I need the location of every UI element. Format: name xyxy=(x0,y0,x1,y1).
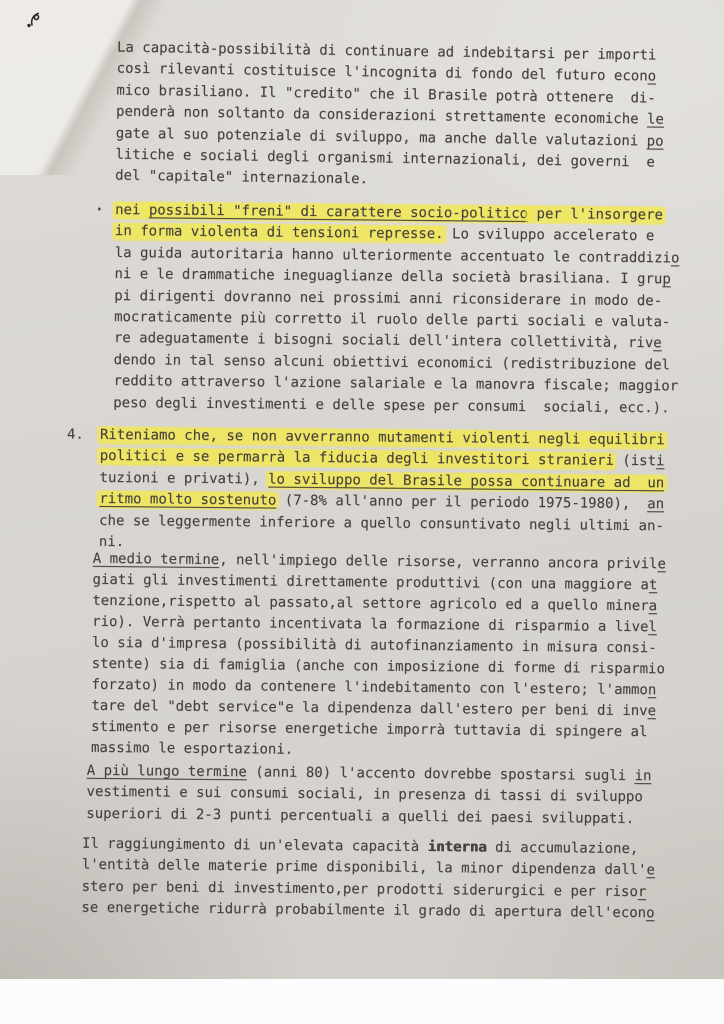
text-segment: pi dirigenti dovranno nei prossimi anni … xyxy=(114,288,662,309)
highlighted-text: ritmo molto sostenuto xyxy=(99,491,276,509)
highlighted-text: nei xyxy=(115,202,149,218)
text-segment: A più lungo termine xyxy=(87,763,247,781)
text-segment: peso degli investimenti e delle spese pe… xyxy=(113,395,669,416)
paper-background: La capacità-possibilità di continuare ad… xyxy=(0,0,724,979)
text-segment: re adeguatamente i bisogni sociali dell'… xyxy=(114,330,654,351)
text-segment: e xyxy=(653,336,662,352)
text-segment: che se leggermente inferiore a quello co… xyxy=(99,512,664,533)
text-segment: l xyxy=(648,619,657,635)
text-segment: stero per beni di investimento,per prodo… xyxy=(82,878,638,899)
scanned-document-page: La capacità-possibilità di continuare ad… xyxy=(0,0,724,1024)
text-segment: stimento e per risorse energetiche impor… xyxy=(91,719,647,740)
text-segment: an xyxy=(647,496,664,512)
text-segment: giati gli investimenti direttamente prod… xyxy=(93,572,649,593)
paragraph-item4: 4.Riteniamo che, se non avverranno mutam… xyxy=(99,425,665,559)
text-line: se energetiche ridurrà probabilmente il … xyxy=(81,898,654,925)
text-segment: tare del "debt service"e la dipendenza d… xyxy=(91,698,647,719)
highlighted-text: per l'insorgere xyxy=(528,206,663,223)
highlighted-text: Riteniamo che, se non avverranno mutamen… xyxy=(100,427,665,448)
text-segment: di accumulazione, xyxy=(487,840,639,857)
text-segment: tenzione,rispetto al passato,al settore … xyxy=(92,593,648,614)
text-line: peso degli investimenti e delle spese pe… xyxy=(113,393,678,420)
text-segment: in xyxy=(635,768,652,784)
paragraph-p1: La capacità-possibilità di continuare ad… xyxy=(115,38,665,196)
text-segment: (ist xyxy=(614,453,656,469)
text-segment: (anni 80) l'accento dovrebbe spostarsi s… xyxy=(247,764,635,784)
text-line: superiori di 2-3 punti percentuali a que… xyxy=(86,804,651,831)
text-segment: A medio termine xyxy=(93,551,220,568)
text-segment: o xyxy=(671,250,680,266)
text-segment: (7-8% all'anno per il periodo 1975-1980)… xyxy=(276,493,647,513)
paragraph-medio: A medio termine, nell'impiego delle riso… xyxy=(91,549,666,764)
text-segment: vestimenti e sui consumi sociali, in pre… xyxy=(86,784,642,805)
document-content: La capacità-possibilità di continuare ad… xyxy=(0,0,724,983)
highlighted-text: politici e se permarrà la fiducia degli … xyxy=(100,448,614,469)
text-segment: , nell'impiego delle risorse, verranno a… xyxy=(219,552,657,572)
paragraph-bullet: ·nei possibili "freni" di carattere soci… xyxy=(113,200,680,419)
text-segment: la guida autoritaria hanno ulteriormente… xyxy=(115,245,671,266)
text-segment: dendo in tal senso alcuni obiettivi econ… xyxy=(114,352,670,373)
text-segment: ni. xyxy=(99,534,124,550)
text-segment: forzato) in modo da contenere l'indebita… xyxy=(92,677,648,698)
text-segment: po xyxy=(647,133,664,149)
text-segment: rio). Verrà pertanto incentivata la form… xyxy=(92,614,648,635)
text-segment: Lo sviluppo accelerato e xyxy=(444,227,655,245)
list-marker: · xyxy=(95,200,104,221)
highlighted-text: lo sviluppo del Brasile possa continuare… xyxy=(268,471,664,491)
text-segment: i xyxy=(656,454,665,470)
text-segment: ni e le drammatiche ineguaglianze della … xyxy=(114,266,662,287)
text-segment: r xyxy=(638,884,647,900)
text-segment: se energetiche ridurrà probabilmente il … xyxy=(81,900,646,921)
text-segment: e xyxy=(646,863,655,879)
text-segment: e xyxy=(648,703,657,719)
paragraph-final: Il raggiungimento di un'elevata capacità… xyxy=(81,834,655,925)
text-segment: e xyxy=(657,556,666,572)
paragraph-lungo: A più lungo termine (anni 80) l'accento … xyxy=(86,761,651,831)
text-segment: stente) sia di famiglia (anche con impos… xyxy=(92,656,665,678)
text-segment: tuzioni e privati), xyxy=(99,470,268,488)
highlighted-text: possibili "freni" di carattere socio-pol… xyxy=(149,202,528,222)
list-marker: 4. xyxy=(67,425,84,447)
scan-edge-strip xyxy=(0,979,724,1024)
text-segment: a xyxy=(649,598,658,614)
text-segment: del "capitale" internazionale. xyxy=(115,168,368,188)
text-segment: o xyxy=(646,905,655,921)
text-segment: p xyxy=(662,271,671,287)
text-segment: l'entità delle materie prime disponibili… xyxy=(82,857,647,878)
text-segment: Il raggiungimento di un'elevata capacità xyxy=(82,836,428,855)
text-segment: le xyxy=(647,112,664,128)
text-segment: n xyxy=(648,682,657,698)
text-segment: t xyxy=(649,577,658,593)
text-segment: mocraticamente più corretto il ruolo del… xyxy=(114,309,670,330)
text-segment: o xyxy=(648,69,657,85)
text-segment: reddito attraverso l'azione salariale e … xyxy=(113,373,678,394)
text-segment: massimo le esportazioni. xyxy=(91,740,293,758)
highlighted-text: in forma violenta di tensioni represse. xyxy=(115,223,444,242)
text-segment: superiori di 2-3 punti percentuali a que… xyxy=(86,806,634,827)
text-segment: lo sia d'impresa (possibilità di autofin… xyxy=(92,635,657,656)
text-segment: interna xyxy=(428,839,487,856)
